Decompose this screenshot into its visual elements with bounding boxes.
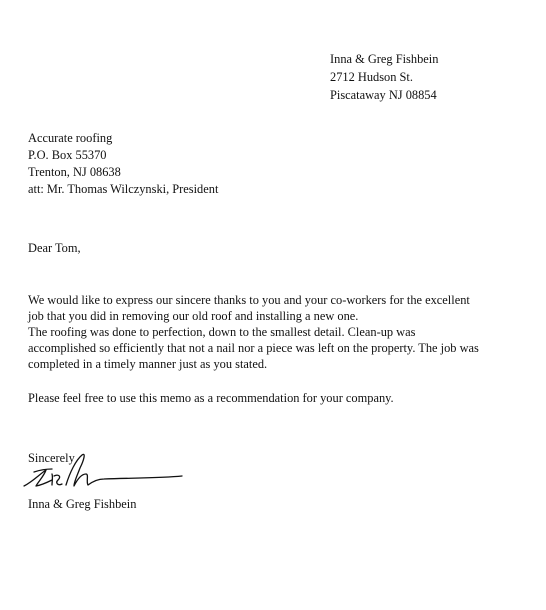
signature-icon bbox=[22, 452, 192, 492]
sender-street: 2712 Hudson St. bbox=[330, 68, 438, 86]
letter-body: We would like to express our sincere tha… bbox=[28, 292, 538, 372]
body-line: The roofing was done to perfection, down… bbox=[28, 324, 538, 340]
body-line: accomplished so efficiently that not a n… bbox=[28, 340, 538, 356]
sender-city: Piscataway NJ 08854 bbox=[330, 86, 438, 104]
recipient-attention: att: Mr. Thomas Wilczynski, President bbox=[28, 181, 218, 198]
closing-paragraph: Please feel free to use this memo as a r… bbox=[28, 390, 394, 406]
body-line: We would like to express our sincere tha… bbox=[28, 292, 538, 308]
recipient-company: Accurate roofing bbox=[28, 130, 218, 147]
recipient-po-box: P.O. Box 55370 bbox=[28, 147, 218, 164]
body-line: completed in a timely manner just as you… bbox=[28, 356, 538, 372]
recipient-city: Trenton, NJ 08638 bbox=[28, 164, 218, 181]
signer-name: Inna & Greg Fishbein bbox=[28, 496, 136, 512]
salutation: Dear Tom, bbox=[28, 240, 81, 256]
recipient-address: Accurate roofing P.O. Box 55370 Trenton,… bbox=[28, 130, 218, 198]
body-line: job that you did in removing our old roo… bbox=[28, 308, 538, 324]
sender-address: Inna & Greg Fishbein 2712 Hudson St. Pis… bbox=[330, 50, 438, 104]
sender-name: Inna & Greg Fishbein bbox=[330, 50, 438, 68]
